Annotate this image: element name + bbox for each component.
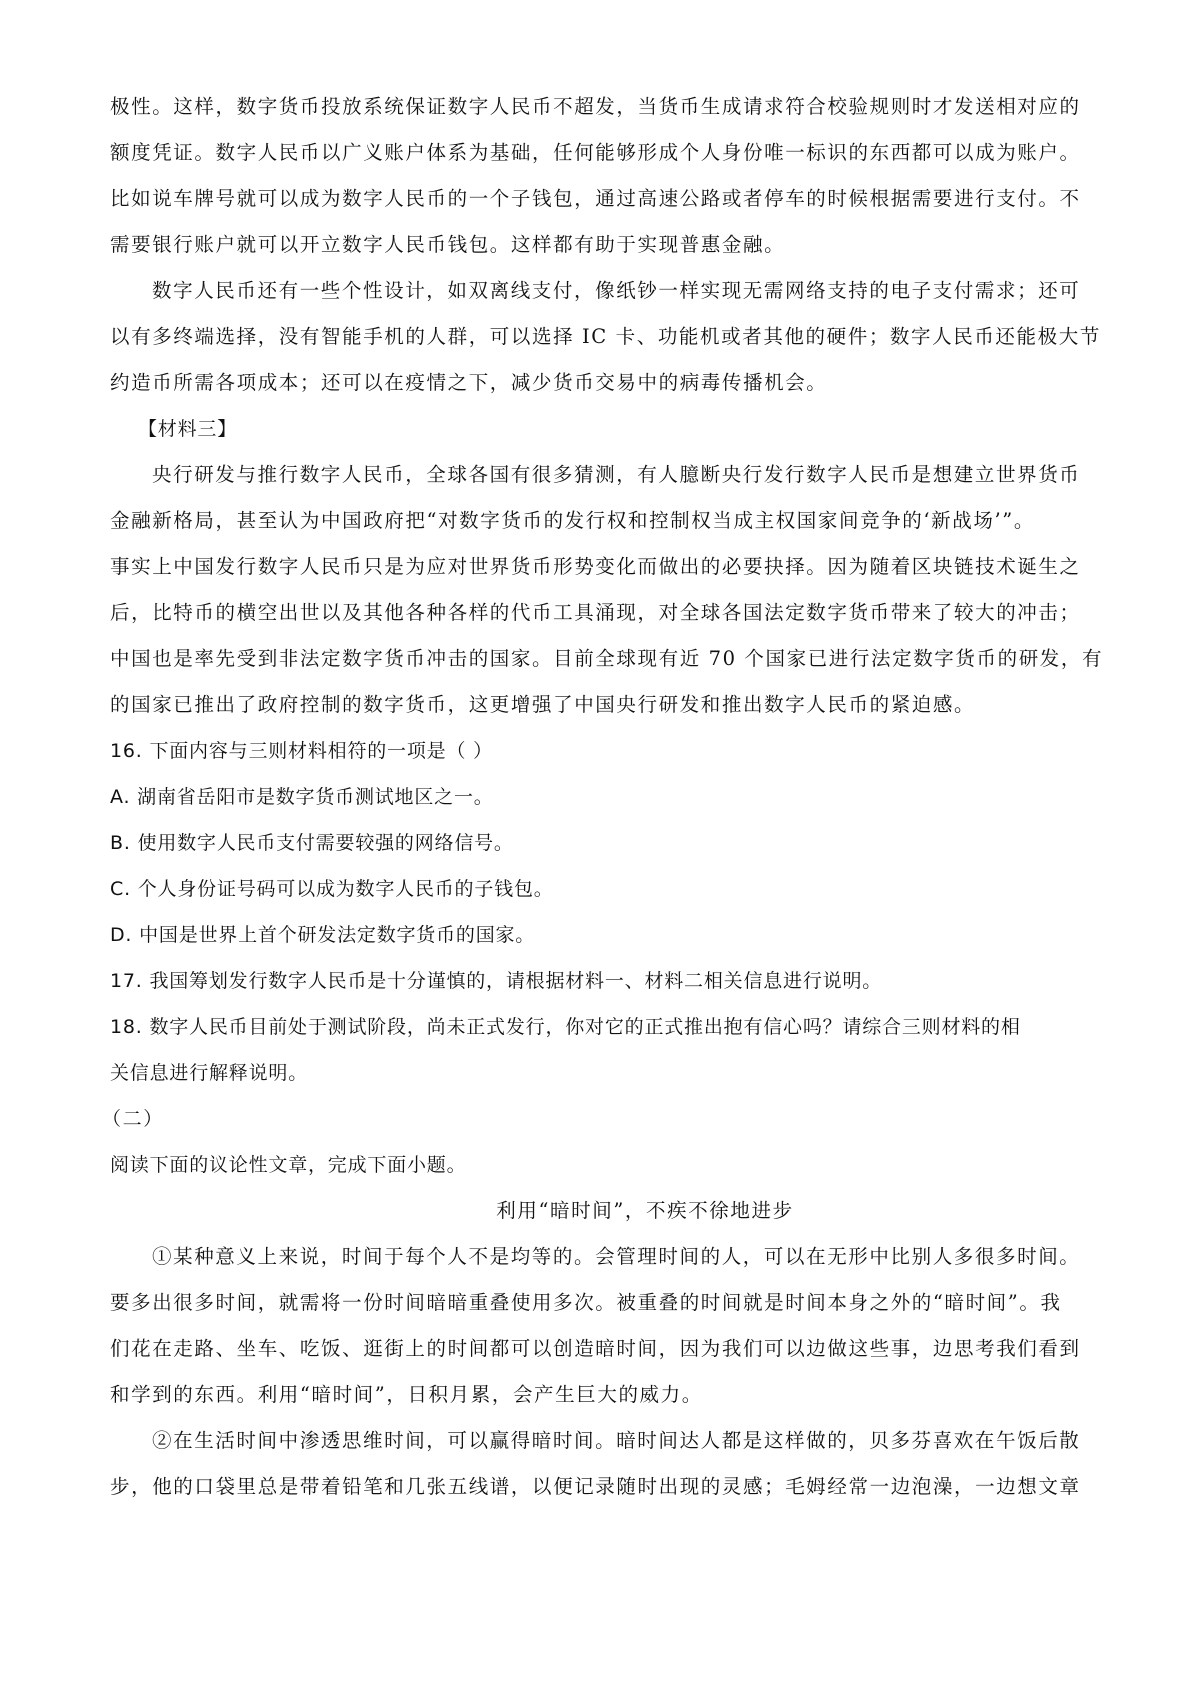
text-line: ①某种意义上来说，时间于每个人不是均等的。会管理时间的人，可以在无形中比别人多很… xyxy=(110,1234,1100,1280)
section-2-heading: （二） xyxy=(102,1096,1100,1142)
text-line: 数字人民币还有一些个性设计，如双离线支付，像纸钞一样实现无需网络支持的电子支付需… xyxy=(110,268,1100,314)
material2-paragraph-1: 极性。这样，数字货币投放系统保证数字人民币不超发，当货币生成请求符合校验规则时才… xyxy=(110,84,1100,268)
text-line: ②在生活时间中渗透思维时间，可以赢得暗时间。暗时间达人都是这样做的，贝多芬喜欢在… xyxy=(110,1418,1100,1464)
text-line: 们花在走路、坐车、吃饭、逛街上的时间都可以创造暗时间，因为我们可以边做这些事，边… xyxy=(110,1326,1100,1372)
text-line: 极性。这样，数字货币投放系统保证数字人民币不超发，当货币生成请求符合校验规则时才… xyxy=(110,84,1100,130)
text-line: 金融新格局，甚至认为中国政府把“对数字货币的发行权和控制权当成主权国家间竞争的‘… xyxy=(110,498,1100,544)
text-line: 步，他的口袋里总是带着铅笔和几张五线谱，以便记录随时出现的灵感；毛姆经常一边泡澡… xyxy=(110,1464,1100,1510)
text-line: 以有多终端选择，没有智能手机的人群，可以选择 IC 卡、功能机或者其他的硬件；数… xyxy=(110,314,1100,360)
text-line: 央行研发与推行数字人民币，全球各国有很多猜测，有人臆断央行发行数字人民币是想建立… xyxy=(110,452,1100,498)
material3-paragraph: 央行研发与推行数字人民币，全球各国有很多猜测，有人臆断央行发行数字人民币是想建立… xyxy=(110,452,1100,728)
material2-paragraph-2: 数字人民币还有一些个性设计，如双离线支付，像纸钞一样实现无需网络支持的电子支付需… xyxy=(110,268,1100,406)
article-paragraph-1: ①某种意义上来说，时间于每个人不是均等的。会管理时间的人，可以在无形中比别人多很… xyxy=(110,1234,1100,1418)
question-18: 18. 数字人民币目前处于测试阶段，尚未正式发行，你对它的正式推出抱有信心吗？请… xyxy=(110,1004,1100,1096)
question-17: 17. 我国筹划发行数字人民币是十分谨慎的，请根据材料一、材料二相关信息进行说明… xyxy=(110,958,1100,1004)
article-title: 利用“暗时间”，不疾不徐地进步 xyxy=(110,1188,1100,1234)
text-line: 中国也是率先受到非法定数字货币冲击的国家。目前全球现有近 70 个国家已进行法定… xyxy=(110,636,1100,682)
text-line: 事实上中国发行数字人民币只是为应对世界货币形势变化而做出的必要抉择。因为随着区块… xyxy=(110,544,1100,590)
text-line: 需要银行账户就可以开立数字人民币钱包。这样都有助于实现普惠金融。 xyxy=(110,222,1100,268)
section-2-instruction: 阅读下面的议论性文章，完成下面小题。 xyxy=(110,1142,1100,1188)
article-paragraph-2: ②在生活时间中渗透思维时间，可以赢得暗时间。暗时间达人都是这样做的，贝多芬喜欢在… xyxy=(110,1418,1100,1510)
text-line: 和学到的东西。利用“暗时间”，日积月累，会产生巨大的威力。 xyxy=(110,1372,1100,1418)
question-16: 16. 下面内容与三则材料相符的一项是（ ） A. 湖南省岳阳市是数字货币测试地… xyxy=(110,728,1100,958)
option-c: C. 个人身份证号码可以成为数字人民币的子钱包。 xyxy=(110,866,1100,912)
option-a: A. 湖南省岳阳市是数字货币测试地区之一。 xyxy=(110,774,1100,820)
text-line: 18. 数字人民币目前处于测试阶段，尚未正式发行，你对它的正式推出抱有信心吗？请… xyxy=(110,1004,1100,1050)
text-line: 关信息进行解释说明。 xyxy=(110,1050,1100,1096)
material3-heading: 【材料三】 xyxy=(110,406,1100,452)
option-b: B. 使用数字人民币支付需要较强的网络信号。 xyxy=(110,820,1100,866)
text-line: 后，比特币的横空出世以及其他各种各样的代币工具涌现，对全球各国法定数字货币带来了… xyxy=(110,590,1100,636)
text-line: 要多出很多时间，就需将一份时间暗暗重叠使用多次。被重叠的时间就是时间本身之外的“… xyxy=(110,1280,1100,1326)
option-d: D. 中国是世界上首个研发法定数字货币的国家。 xyxy=(110,912,1100,958)
text-line: 约造币所需各项成本；还可以在疫情之下，减少货币交易中的病毒传播机会。 xyxy=(110,360,1100,406)
text-line: 的国家已推出了政府控制的数字货币，这更增强了中国央行研发和推出数字人民币的紧迫感… xyxy=(110,682,1100,728)
text-line: 比如说车牌号就可以成为数字人民币的一个子钱包，通过高速公路或者停车的时候根据需要… xyxy=(110,176,1100,222)
question-16-stem: 16. 下面内容与三则材料相符的一项是（ ） xyxy=(110,728,1100,774)
text-line: 额度凭证。数字人民币以广义账户体系为基础，任何能够形成个人身份唯一标识的东西都可… xyxy=(110,130,1100,176)
document-page: 极性。这样，数字货币投放系统保证数字人民币不超发，当货币生成请求符合校验规则时才… xyxy=(110,84,1100,1510)
